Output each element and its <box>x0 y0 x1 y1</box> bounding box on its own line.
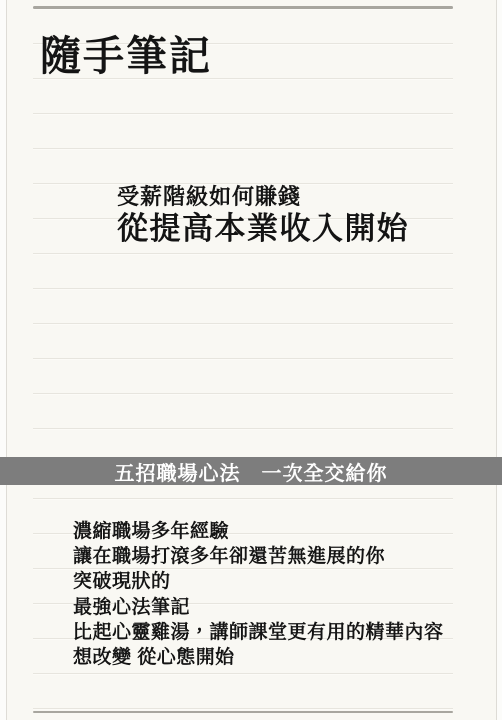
top-margin-line <box>33 6 453 9</box>
note-line: 想改變 從心態開始 <box>73 645 482 670</box>
note-card: 隨手筆記 受薪階級如何賺錢 從提高本業收入開始 五招職場心法 一次全交給你 濃縮… <box>0 0 502 720</box>
note-line: 比起心靈雞湯，講師課堂更有用的精華內容 <box>73 620 482 645</box>
note-line: 讓在職場打滾多年卻還苦無進展的你 <box>73 544 482 569</box>
section-banner: 五招職場心法 一次全交給你 <box>0 457 502 485</box>
headline-subtitle: 受薪階級如何賺錢 <box>117 183 410 210</box>
bottom-margin-line <box>33 711 453 713</box>
notes-block: 濃縮職場多年經驗 讓在職場打滾多年卻還苦無進展的你 突破現狀的 最強心法筆記 比… <box>73 519 482 670</box>
note-line: 最強心法筆記 <box>73 595 482 620</box>
banner-text: 五招職場心法 一次全交給你 <box>115 457 388 486</box>
page-title: 隨手筆記 <box>40 33 212 79</box>
headline-block: 受薪階級如何賺錢 從提高本業收入開始 <box>117 183 410 246</box>
note-line: 突破現狀的 <box>73 569 482 594</box>
note-line: 濃縮職場多年經驗 <box>73 519 482 544</box>
headline-title: 從提高本業收入開始 <box>117 212 410 246</box>
